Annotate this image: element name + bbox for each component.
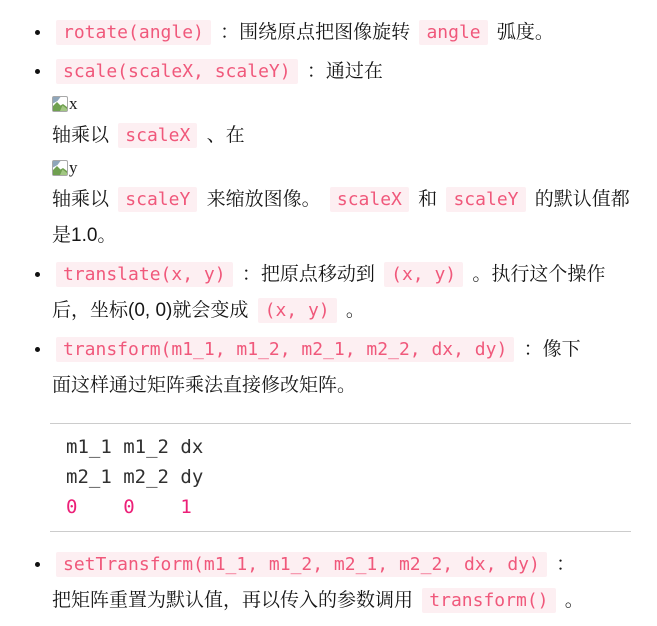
text-line: scale(scaleX, scaleY) ：通过在 — [52, 54, 645, 90]
text-run: 是1.0。 — [52, 225, 116, 246]
list-item: rotate(angle) ：围绕原点把图像旋转 angle 弧度。 — [52, 15, 645, 51]
text-run: 来缩放图像。 — [201, 189, 326, 210]
broken-image: x — [52, 90, 78, 118]
broken-image: y — [52, 154, 78, 182]
text-run: 。 — [560, 590, 584, 611]
text-run: 、在 — [201, 125, 244, 146]
inline-code: translate(x, y) — [56, 262, 233, 287]
image-alt-text: x — [69, 94, 78, 113]
text-line: rotate(angle) ：围绕原点把图像旋转 angle 弧度。 — [52, 15, 645, 51]
text-line: translate(x, y) ：把原点移动到 (x, y) 。执行这个操作 — [52, 257, 645, 293]
inline-code: scaleY — [446, 187, 525, 212]
text-run: 面这样通过矩阵乘法直接修改矩阵。 — [52, 375, 356, 396]
text-run: 轴乘以 — [52, 125, 114, 146]
text-line: 面这样通过矩阵乘法直接修改矩阵。 — [52, 368, 645, 404]
code-line: 0 0 1 — [66, 492, 631, 522]
inline-code: setTransform(m1_1, m1_2, m2_1, m2_2, dx,… — [56, 552, 547, 577]
list-item: setTransform(m1_1, m1_2, m2_1, m2_2, dx,… — [52, 547, 645, 619]
inline-code: (x, y) — [384, 262, 463, 287]
inline-code: transform(m1_1, m1_2, m2_1, m2_2, dx, dy… — [56, 337, 514, 362]
broken-image-icon — [52, 160, 68, 176]
text-run: 后，坐标(0, 0)就会变成 — [52, 300, 254, 321]
inline-code: scaleX — [118, 123, 197, 148]
inline-code: transform() — [422, 588, 555, 613]
list-item: translate(x, y) ：把原点移动到 (x, y) 。执行这个操作后，… — [52, 257, 645, 329]
image-line: x — [52, 90, 645, 118]
text-run: 。 — [341, 300, 365, 321]
inline-code: rotate(angle) — [56, 20, 211, 45]
text-run: 轴乘以 — [52, 189, 114, 210]
text-run: 把矩阵重置为默认值，再以传入的参数调用 — [52, 590, 418, 611]
text-line: 是1.0。 — [52, 218, 645, 254]
inline-code: scale(scaleX, scaleY) — [56, 59, 298, 84]
text-run: ：把原点移动到 — [237, 264, 381, 285]
text-line: setTransform(m1_1, m1_2, m2_1, m2_2, dx,… — [52, 547, 645, 583]
inline-code: angle — [419, 20, 487, 45]
code-block: m1_1 m1_2 dxm2_1 m2_2 dy0 0 1 — [50, 423, 631, 532]
code-line: m1_1 m1_2 dx — [66, 432, 631, 462]
text-run: ：像下 — [518, 339, 580, 360]
list-item: scale(scaleX, scaleY) ：通过在x轴乘以 scaleX 、在… — [52, 54, 645, 254]
text-run: ： — [551, 554, 575, 575]
inline-code: (x, y) — [258, 298, 337, 323]
image-line: y — [52, 154, 645, 182]
text-line: 后，坐标(0, 0)就会变成 (x, y) 。 — [52, 293, 645, 329]
doc-content: rotate(angle) ：围绕原点把图像旋转 angle 弧度。scale(… — [0, 0, 657, 619]
text-run: ：通过在 — [302, 61, 383, 82]
text-run: 的默认值都 — [530, 189, 630, 210]
text-line: 轴乘以 scaleX 、在 — [52, 118, 645, 154]
code-segment: 0 0 1 — [66, 496, 192, 518]
transform-methods-list: rotate(angle) ：围绕原点把图像旋转 angle 弧度。scale(… — [0, 0, 657, 619]
code-segment: m2_1 m2_2 dy — [66, 466, 203, 488]
image-alt-text: y — [69, 158, 78, 177]
text-line: 把矩阵重置为默认值，再以传入的参数调用 transform() 。 — [52, 583, 645, 619]
text-run: 和 — [413, 189, 443, 210]
code-segment: m1_1 m1_2 dx — [66, 436, 203, 458]
text-run: ：围绕原点把图像旋转 — [215, 22, 416, 43]
text-line: 轴乘以 scaleY 来缩放图像。 scaleX 和 scaleY 的默认值都 — [52, 182, 645, 218]
inline-code: scaleX — [330, 187, 409, 212]
broken-image-icon — [52, 96, 68, 112]
text-run: 。执行这个操作 — [467, 264, 605, 285]
list-item: transform(m1_1, m1_2, m2_1, m2_2, dx, dy… — [52, 332, 645, 532]
text-run: 弧度。 — [492, 22, 554, 43]
text-line: transform(m1_1, m1_2, m2_1, m2_2, dx, dy… — [52, 332, 645, 368]
code-line: m2_1 m2_2 dy — [66, 462, 631, 492]
inline-code: scaleY — [118, 187, 197, 212]
